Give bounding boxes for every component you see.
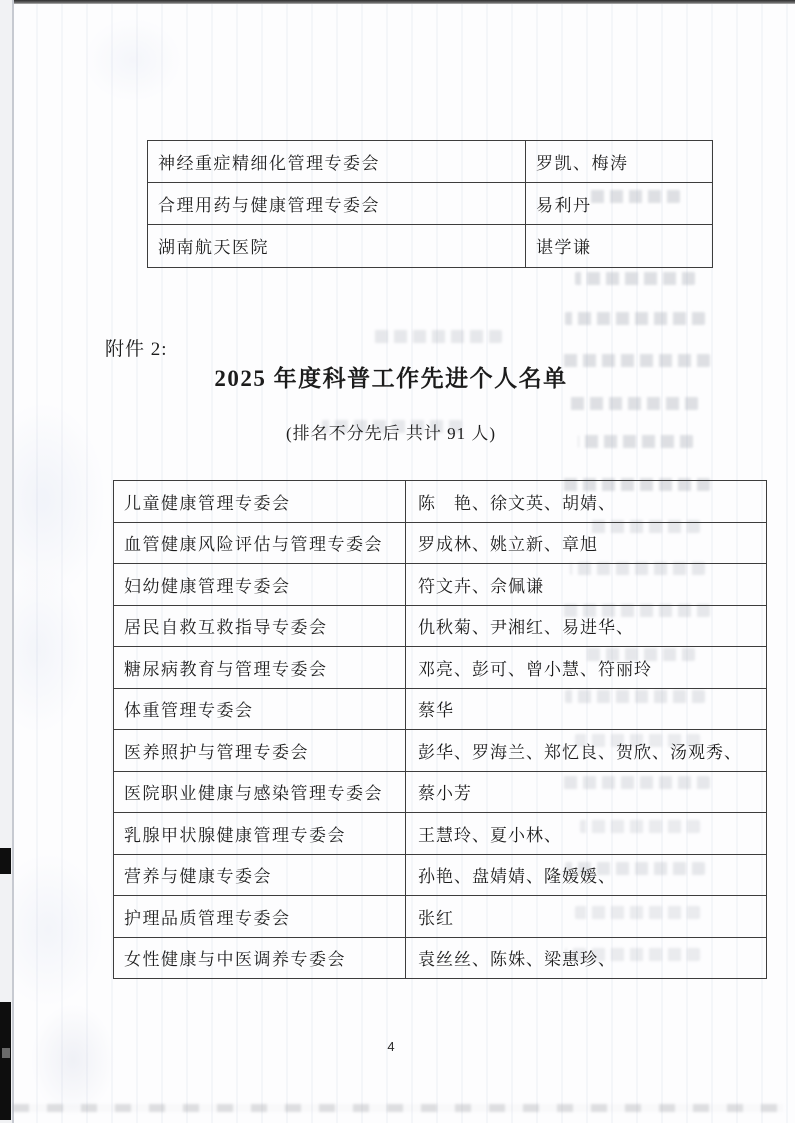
scan-smudge-bottom xyxy=(13,1104,783,1112)
table-row: 血管健康风险评估与管理专委会 罗成林、姚立新、章旭 xyxy=(114,522,767,564)
org-cell: 营养与健康专委会 xyxy=(114,854,406,896)
attachment-label: 附件 2: xyxy=(105,334,168,361)
table-row: 糖尿病教育与管理专委会 邓亮、彭可、曾小慧、符丽玲 xyxy=(114,647,767,689)
names-cell: 符文卉、佘佩谦 xyxy=(406,564,767,606)
scanned-document-page: { "attachment_label": "附件 2:", "title": … xyxy=(0,0,795,1123)
org-cell: 护理品质管理专委会 xyxy=(114,896,406,938)
names-cell: 王慧玲、夏小林、 xyxy=(406,813,767,855)
document-subtitle: (排名不分先后 共计 91 人) xyxy=(13,419,769,444)
table-row: 医养照护与管理专委会 彭华、罗海兰、郑忆良、贺欣、汤观秀、 xyxy=(114,730,767,772)
continuation-table: 神经重症精细化管理专委会 罗凯、梅涛 合理用药与健康管理专委会 易利丹 湖南航天… xyxy=(147,140,713,268)
names-cell: 罗凯、梅涛 xyxy=(526,141,713,183)
names-cell: 罗成林、姚立新、章旭 xyxy=(406,522,767,564)
page-left-edge-line xyxy=(12,0,14,1123)
org-cell: 神经重症精细化管理专委会 xyxy=(148,141,526,183)
org-cell: 儿童健康管理专委会 xyxy=(114,481,406,523)
org-cell: 体重管理专委会 xyxy=(114,688,406,730)
table-row: 儿童健康管理专委会 陈 艳、徐文英、胡婧、 xyxy=(114,481,767,523)
awardee-table: 儿童健康管理专委会 陈 艳、徐文英、胡婧、 血管健康风险评估与管理专委会 罗成林… xyxy=(113,480,767,979)
org-cell: 妇幼健康管理专委会 xyxy=(114,564,406,606)
names-cell: 蔡华 xyxy=(406,688,767,730)
names-cell: 张红 xyxy=(406,896,767,938)
scan-edge-artifact-left xyxy=(0,1002,11,1120)
table-row: 妇幼健康管理专委会 符文卉、佘佩谦 xyxy=(114,564,767,606)
table-row: 神经重症精细化管理专委会 罗凯、梅涛 xyxy=(148,141,713,183)
table-row: 营养与健康专委会 孙艳、盘婧婧、隆媛媛、 xyxy=(114,854,767,896)
table-row: 护理品质管理专委会 张红 xyxy=(114,896,767,938)
names-cell: 谌学谦 xyxy=(526,225,713,267)
names-cell: 陈 艳、徐文英、胡婧、 xyxy=(406,481,767,523)
table-row: 合理用药与健康管理专委会 易利丹 xyxy=(148,183,713,225)
org-cell: 女性健康与中医调养专委会 xyxy=(114,937,406,979)
names-cell: 孙艳、盘婧婧、隆媛媛、 xyxy=(406,854,767,896)
table-row: 居民自救互救指导专委会 仇秋菊、尹湘红、易进华、 xyxy=(114,605,767,647)
names-cell: 仇秋菊、尹湘红、易进华、 xyxy=(406,605,767,647)
names-cell: 彭华、罗海兰、郑忆良、贺欣、汤观秀、 xyxy=(406,730,767,772)
table-row: 乳腺甲状腺健康管理专委会 王慧玲、夏小林、 xyxy=(114,813,767,855)
org-cell: 合理用药与健康管理专委会 xyxy=(148,183,526,225)
org-cell: 医养照护与管理专委会 xyxy=(114,730,406,772)
document-title: 2025 年度科普工作先进个人名单 xyxy=(13,360,769,393)
table-row: 体重管理专委会 蔡华 xyxy=(114,688,767,730)
names-cell: 蔡小芳 xyxy=(406,771,767,813)
table-row: 女性健康与中医调养专委会 袁丝丝、陈姝、梁惠珍、 xyxy=(114,937,767,979)
org-cell: 乳腺甲状腺健康管理专委会 xyxy=(114,813,406,855)
scan-edge-artifact-left xyxy=(0,848,11,874)
names-cell: 易利丹 xyxy=(526,183,713,225)
names-cell: 邓亮、彭可、曾小慧、符丽玲 xyxy=(406,647,767,689)
table-row: 医院职业健康与感染管理专委会 蔡小芳 xyxy=(114,771,767,813)
page-number: 4 xyxy=(13,1039,769,1054)
org-cell: 医院职业健康与感染管理专委会 xyxy=(114,771,406,813)
scan-edge-artifact-top xyxy=(13,0,795,4)
names-cell: 袁丝丝、陈姝、梁惠珍、 xyxy=(406,937,767,979)
scan-edge-artifact-left xyxy=(2,1048,10,1058)
table-row: 湖南航天医院 谌学谦 xyxy=(148,225,713,267)
org-cell: 湖南航天医院 xyxy=(148,225,526,267)
org-cell: 糖尿病教育与管理专委会 xyxy=(114,647,406,689)
org-cell: 血管健康风险评估与管理专委会 xyxy=(114,522,406,564)
org-cell: 居民自救互救指导专委会 xyxy=(114,605,406,647)
